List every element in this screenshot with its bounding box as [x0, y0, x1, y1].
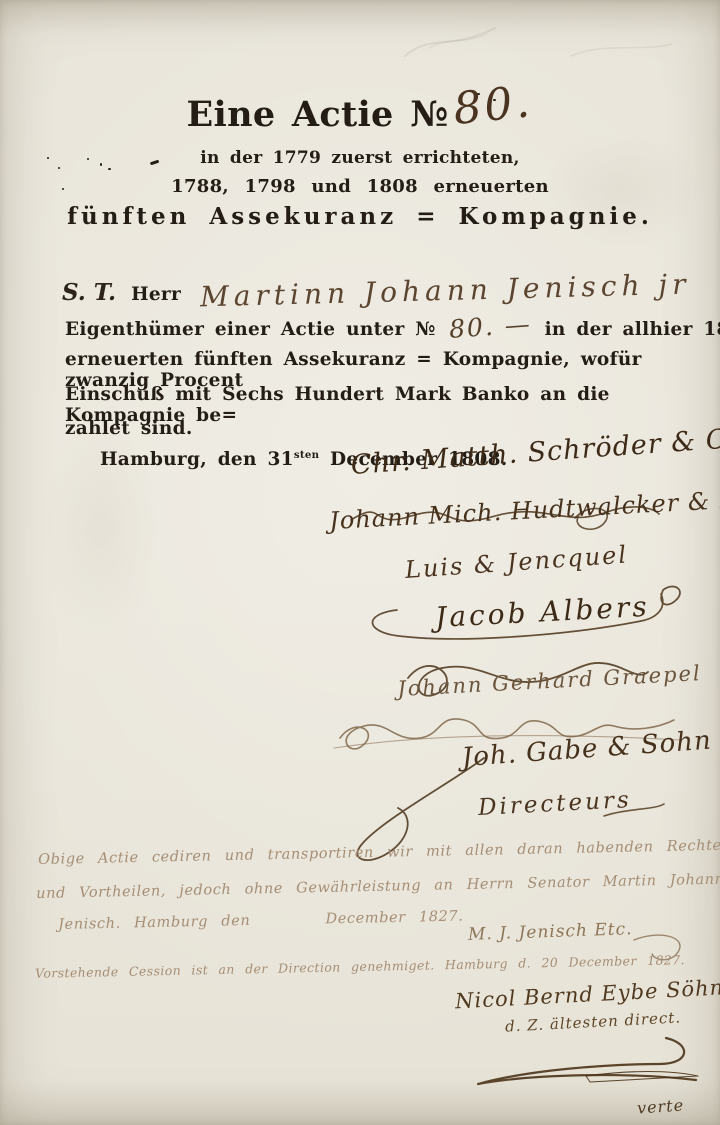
signature-jenisch-cession: M. J. Jenisch Etc.	[468, 919, 633, 945]
signature-flourish	[470, 1032, 710, 1090]
share-number-handwritten: 80.	[451, 76, 535, 135]
herr-label: Herr	[131, 284, 181, 305]
share-number-line-pre: Eigenthümer einer Actie unter №	[65, 319, 436, 340]
salutation: S. T.	[62, 279, 116, 306]
company-name: fünften Assekuranz = Kompagnie.	[0, 203, 720, 230]
cession-date: December 1827.	[325, 909, 463, 928]
header-subline-1: in der 1779 zuerst errichteten,	[0, 148, 720, 168]
body-line-5: zahlet sind.	[65, 418, 193, 439]
share-number-line-post: in der allhier 1808	[545, 319, 720, 340]
title-line: Eine Actie №80.	[0, 86, 720, 137]
date-line-pre: Hamburg, den 31	[100, 449, 294, 470]
verte-note: verte	[636, 1095, 684, 1117]
cession-line-3: Jenisch. Hamburg den December 1827.	[58, 909, 464, 933]
pencil-mark-icon	[395, 18, 510, 66]
signature-schroeder: Chr. Matth. Schröder & Co	[350, 423, 720, 481]
title-text: Eine Actie №	[187, 94, 449, 135]
approval-line: Vorstehende Cession ist an der Direction…	[35, 952, 685, 981]
ink-speck	[108, 168, 111, 170]
pencil-mark-icon	[565, 30, 680, 66]
share-number-line: Eigenthümer einer Actie unter № 80. — in…	[65, 312, 720, 341]
signature-flourish	[600, 800, 670, 826]
owner-line: S. T. Herr Martinn Johann Jenisch jr	[62, 274, 691, 307]
date-line-ordinal: sten	[294, 449, 319, 461]
owner-name-handwritten: Martinn Johann Jenisch jr	[200, 268, 691, 314]
header-subline-2: 1788, 1798 und 1808 erneuerten	[0, 176, 720, 197]
share-number-entry: 80. —	[448, 309, 533, 344]
share-certificate-page: Eine Actie №80. in der 1779 zuerst erric…	[0, 0, 720, 1125]
cession-line-3-pre: Jenisch. Hamburg den	[58, 913, 250, 933]
cession-line-2: und Vortheilen, jedoch ohne Gewährleistu…	[36, 872, 720, 902]
signature-jencquel: Luis & Jencquel	[404, 540, 629, 584]
